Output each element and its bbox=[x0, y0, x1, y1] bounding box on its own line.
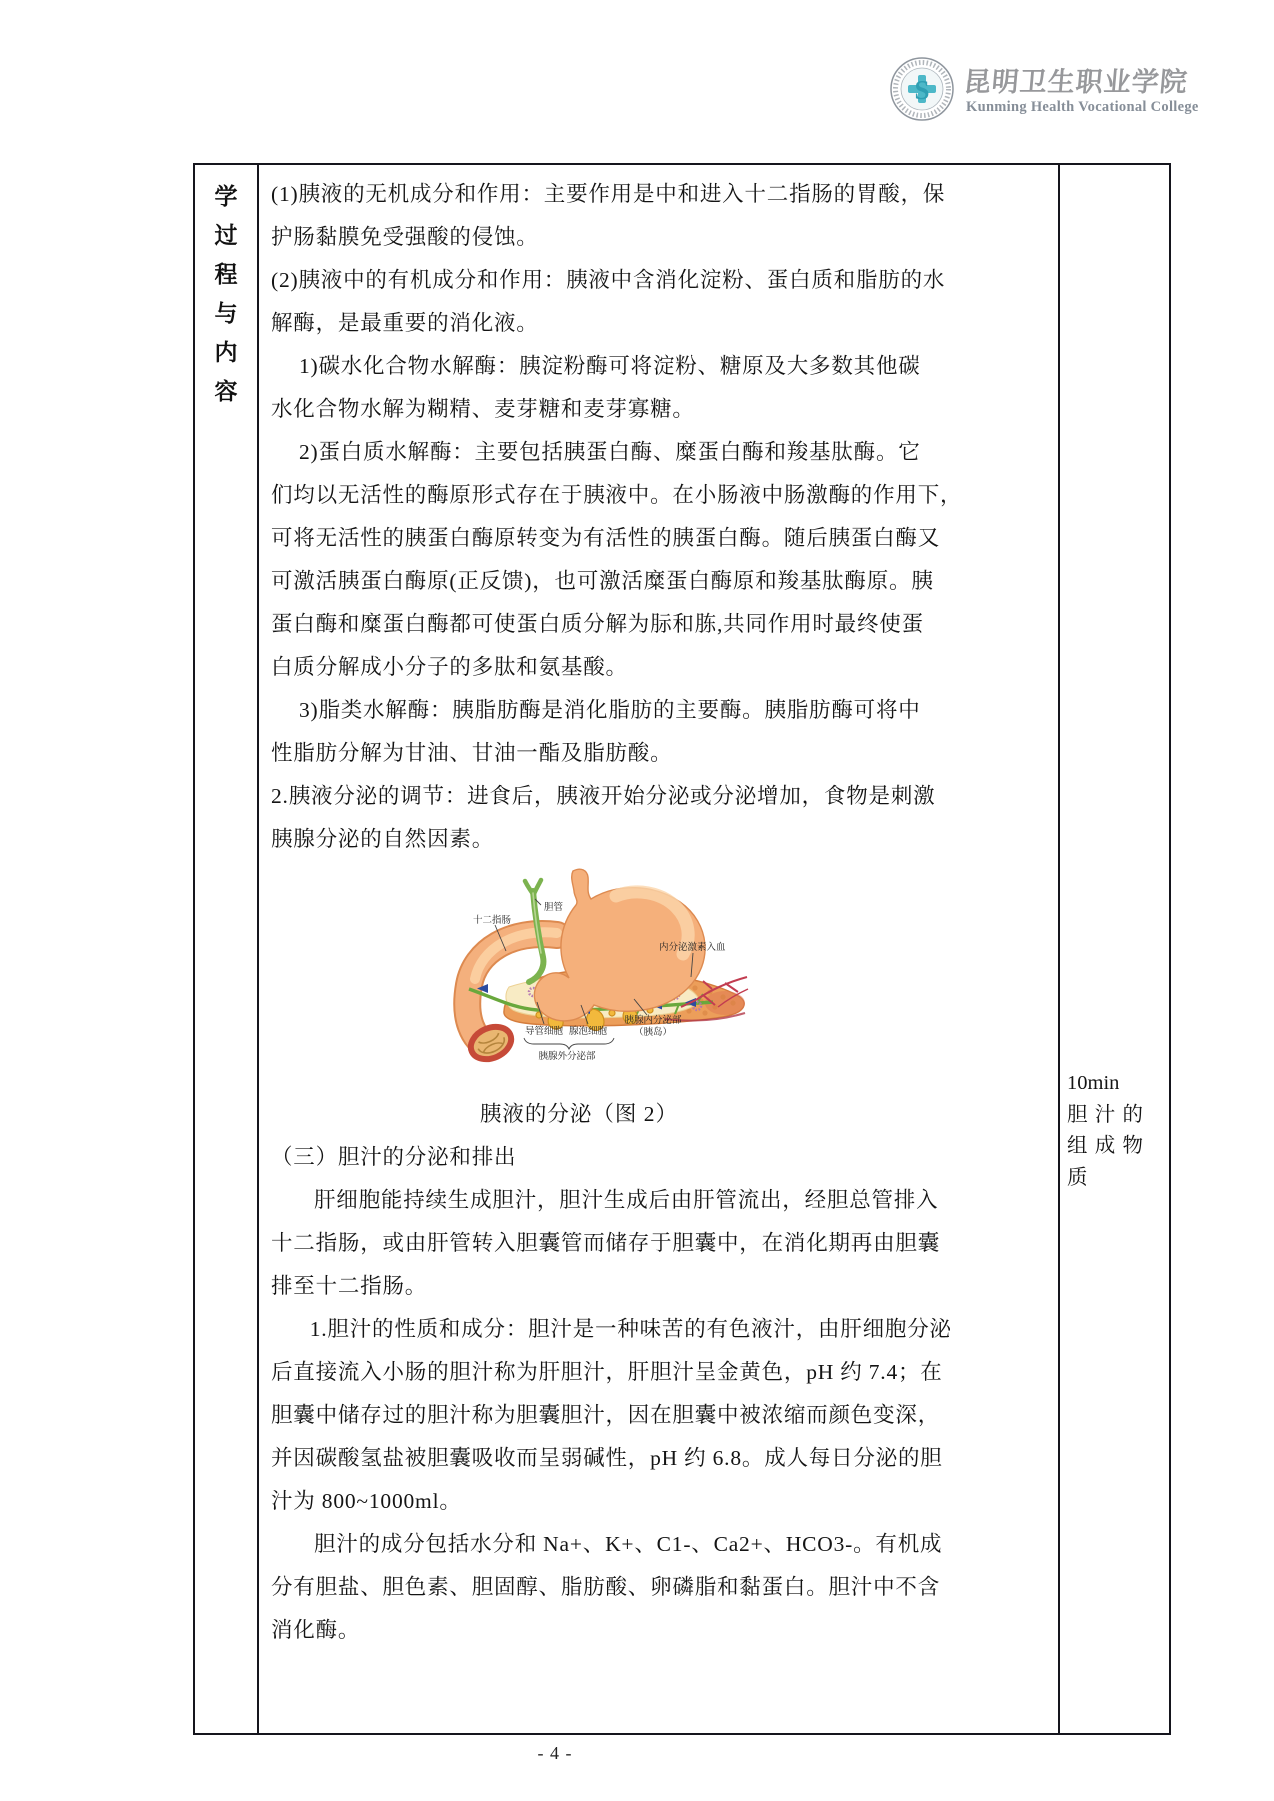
figure-label-acinar-cells: 腺泡细胞 bbox=[569, 1025, 608, 1037]
row-header-char: 内 bbox=[215, 331, 238, 370]
pancreas-secretion-diagram: 胆管 十二指肠 内分泌激素入血 导管细胞 腺泡细胞 胰腺内分泌部 （胰岛） 胰腺… bbox=[407, 861, 752, 1093]
text-line: 性脂肪分解为甘油、甘油一酯及脂肪酸。 bbox=[259, 732, 1058, 775]
text-line: 后直接流入小肠的胆汁称为肝胆汁，肝胆汁呈金黄色，pH 约 7.4；在 bbox=[259, 1351, 1058, 1394]
text-line: 蛋白酶和糜蛋白酶都可使蛋白质分解为䏡和胨,共同作用时最终使蛋 bbox=[259, 603, 1058, 646]
text-line: 们均以无活性的酶原形式存在于胰液中。在小肠液中肠激酶的作用下， bbox=[259, 474, 1058, 517]
text-line: 3)脂类水解酶：胰脂肪酶是消化脂肪的主要酶。胰脂肪酶可将中 bbox=[259, 689, 1058, 732]
row-header-char: 学 bbox=[215, 175, 238, 214]
text-line: 排至十二指肠。 bbox=[259, 1265, 1058, 1308]
row-header-char: 程 bbox=[215, 253, 238, 292]
time-allocation-cell: 10min 胆汁的组成物质 bbox=[1058, 165, 1169, 1733]
text-line: 护肠黏膜免受强酸的侵蚀。 bbox=[259, 216, 1058, 259]
college-name-en: Kunming Health Vocational College bbox=[966, 99, 1199, 116]
text-line: 消化酶。 bbox=[259, 1609, 1058, 1652]
text-line: 解酶，是最重要的消化液。 bbox=[259, 302, 1058, 345]
text-line: （三）胆汁的分泌和排出 bbox=[259, 1136, 1058, 1179]
lesson-plan-table: 学过程与内容 (1)胰液的无机成分和作用：主要作用是中和进入十二指肠的胃酸，保护… bbox=[193, 163, 1171, 1735]
text-line: 可将无活性的胰蛋白酶原转变为有活性的胰蛋白酶。随后胰蛋白酶又 bbox=[259, 517, 1058, 560]
row-header-char: 与 bbox=[215, 292, 238, 331]
text-line: (2)胰液中的有机成分和作用：胰液中含消化淀粉、蛋白质和脂肪的水 bbox=[259, 259, 1058, 302]
time-duration: 10min bbox=[1067, 1068, 1159, 1100]
figure-wrap: 胆管 十二指肠 内分泌激素入血 导管细胞 腺泡细胞 胰腺内分泌部 （胰岛） 胰腺… bbox=[259, 861, 1058, 1093]
text-line: 2)蛋白质水解酶：主要包括胰蛋白酶、糜蛋白酶和羧基肽酶。它 bbox=[259, 431, 1058, 474]
row-header-char: 容 bbox=[215, 370, 238, 409]
row-header-char: 过 bbox=[215, 214, 238, 253]
figure-label-bile-duct: 胆管 bbox=[544, 901, 564, 913]
page-number: - 4 - bbox=[500, 1743, 610, 1764]
text-line: (1)胰液的无机成分和作用：主要作用是中和进入十二指肠的胃酸，保 bbox=[259, 173, 1058, 216]
text-line: 1)碳水化合物水解酶：胰淀粉酶可将淀粉、糖原及大多数其他碳 bbox=[259, 345, 1058, 388]
text-line: 胆囊中储存过的胆汁称为胆囊胆汁，因在胆囊中被浓缩而颜色变深， bbox=[259, 1394, 1058, 1437]
figure-label-endocrine-part: 胰腺内分泌部 bbox=[624, 1014, 682, 1026]
text-line: 2.胰液分泌的调节：进食后，胰液开始分泌或分泌增加，食物是刺激 bbox=[259, 775, 1058, 818]
content-cell: (1)胰液的无机成分和作用：主要作用是中和进入十二指肠的胃酸，保护肠黏膜免受强酸… bbox=[259, 165, 1058, 1733]
college-name-zh: 昆明卫生职业学院 bbox=[962, 60, 1189, 99]
figure-label-endocrine-part-sub: （胰岛） bbox=[634, 1026, 672, 1038]
figure-label-exocrine-part: 胰腺外分泌部 bbox=[538, 1050, 596, 1062]
text-line: 胰腺分泌的自然因素。 bbox=[259, 818, 1058, 861]
text-line: 水化合物水解为糊精、麦芽糖和麦芽寡糖。 bbox=[259, 388, 1058, 431]
figure-caption: 胰液的分泌（图 2） bbox=[259, 1093, 899, 1136]
content-section-2: （三）胆汁的分泌和排出肝细胞能持续生成胆汁，胆汁生成后由肝管流出，经胆总管排入十… bbox=[259, 1136, 1058, 1652]
text-line: 汁为 800~1000ml。 bbox=[259, 1480, 1058, 1523]
row-header-label: 学过程与内容 bbox=[195, 165, 259, 1733]
seal-letter: S bbox=[914, 75, 929, 105]
content-section-1: (1)胰液的无机成分和作用：主要作用是中和进入十二指肠的胃酸，保护肠黏膜免受强酸… bbox=[259, 173, 1058, 861]
figure-label-duct-cells: 导管细胞 bbox=[525, 1025, 564, 1037]
text-line: 肝细胞能持续生成胆汁，胆汁生成后由肝管流出，经胆总管排入 bbox=[259, 1179, 1058, 1222]
text-line: 1.胆汁的性质和成分：胆汁是一种味苦的有色液汁，由肝细胞分泌 bbox=[259, 1308, 1058, 1351]
figure-label-duodenum: 十二指肠 bbox=[473, 914, 512, 926]
document-page: { "header": { "college_name_zh": "昆明卫生职业… bbox=[0, 0, 1274, 1801]
text-line: 胆汁的成分包括水分和 Na+、K+、C1-、Ca2+、HCO3-。有机成 bbox=[259, 1523, 1058, 1566]
time-block: 10min 胆汁的组成物质 bbox=[1067, 1068, 1159, 1194]
text-line: 白质分解成小分子的多肽和氨基酸。 bbox=[259, 646, 1058, 689]
time-topic: 胆汁的组成物质 bbox=[1067, 1100, 1143, 1195]
college-seal-icon: S bbox=[889, 56, 955, 122]
text-line: 可激活胰蛋白酶原(正反馈)，也可激活糜蛋白酶原和羧基肽酶原。胰 bbox=[259, 560, 1058, 603]
text-line: 分有胆盐、胆色素、胆固醇、脂肪酸、卵磷脂和黏蛋白。胆汁中不含 bbox=[259, 1566, 1058, 1609]
text-line: 十二指肠，或由肝管转入胆囊管而储存于胆囊中，在消化期再由胆囊 bbox=[259, 1222, 1058, 1265]
figure-label-endocrine-into-blood: 内分泌激素入血 bbox=[659, 941, 726, 953]
text-line: 并因碳酸氢盐被胆囊吸收而呈弱碱性，pH 约 6.8。成人每日分泌的胆 bbox=[259, 1437, 1058, 1480]
